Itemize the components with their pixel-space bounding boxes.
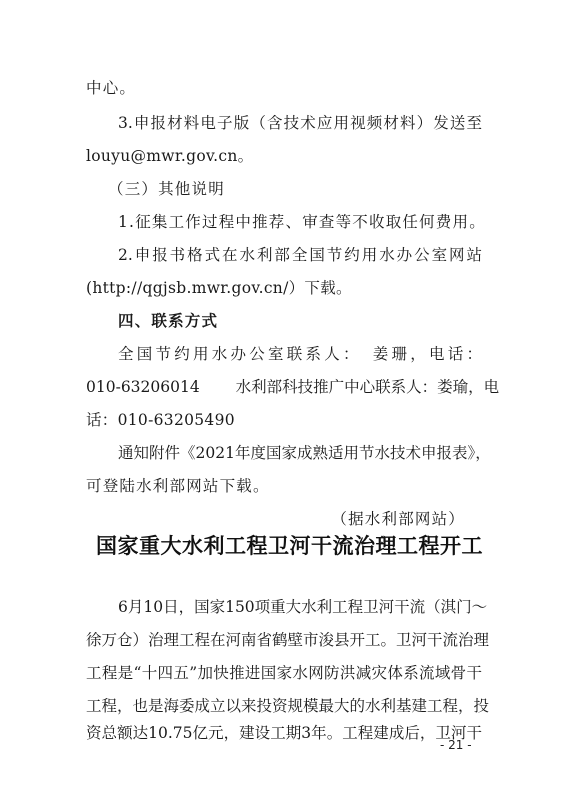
subsection-3-heading: （三）其他说明 (108, 179, 504, 199)
article-line-5: 资总额达10.75亿元，建设工期3年。工程建成后，卫河干 (86, 723, 482, 743)
article-title: 国家重大水利工程卫河干流治理工程开工 (96, 530, 486, 560)
section-4-heading: 四、联系方式 (118, 311, 514, 331)
article-line-3: 工程是“十四五”加快推进国家水网防洪减灾体系流域骨干 (86, 663, 482, 683)
paragraph-continuation: 中心。 (86, 78, 482, 98)
contact-line-2: 010-63206014 水利部科技推广中心联系人：娄瑜，电 (86, 377, 482, 397)
attachment-line-2: 可登陆水利部网站下载。 (86, 476, 482, 496)
subsection-3-item-1: 1.征集工作过程中推荐、审查等不收取任何费用。 (118, 212, 514, 232)
document-page: 中心。 3.申报材料电子版（含技术应用视频材料）发送至 louyu@mwr.go… (0, 0, 565, 800)
subsection-3-item-2-line-1: 2.申报书格式在水利部全国节约用水办公室网站 (118, 245, 482, 265)
email-address: louyu@mwr.gov.cn。 (86, 146, 482, 166)
source-note: （据水利部网站） (300, 509, 465, 529)
contact-line-3: 话：010-63205490 (86, 410, 482, 430)
article-line-1: 6月10日，国家150项重大水利工程卫河干流（淇门～ (118, 597, 482, 617)
item-3-line-1: 3.申报材料电子版（含技术应用视频材料）发送至 (118, 113, 482, 133)
article-line-2: 徐万仓）治理工程在河南省鹤壁市浚县开工。卫河干流治理 (86, 630, 482, 650)
attachment-line-1: 通知附件《2021年度国家成熟适用节水技术申报表》， (118, 443, 482, 463)
contact-line-1: 全国节约用水办公室联系人： 姜珊，电话： (118, 344, 482, 364)
article-line-4: 工程，也是海委成立以来投资规模最大的水利基建工程，投 (86, 696, 482, 716)
page-number: - 21 - (440, 738, 472, 752)
website-url: (http://qgjsb.mwr.gov.cn/）下载。 (86, 278, 482, 298)
